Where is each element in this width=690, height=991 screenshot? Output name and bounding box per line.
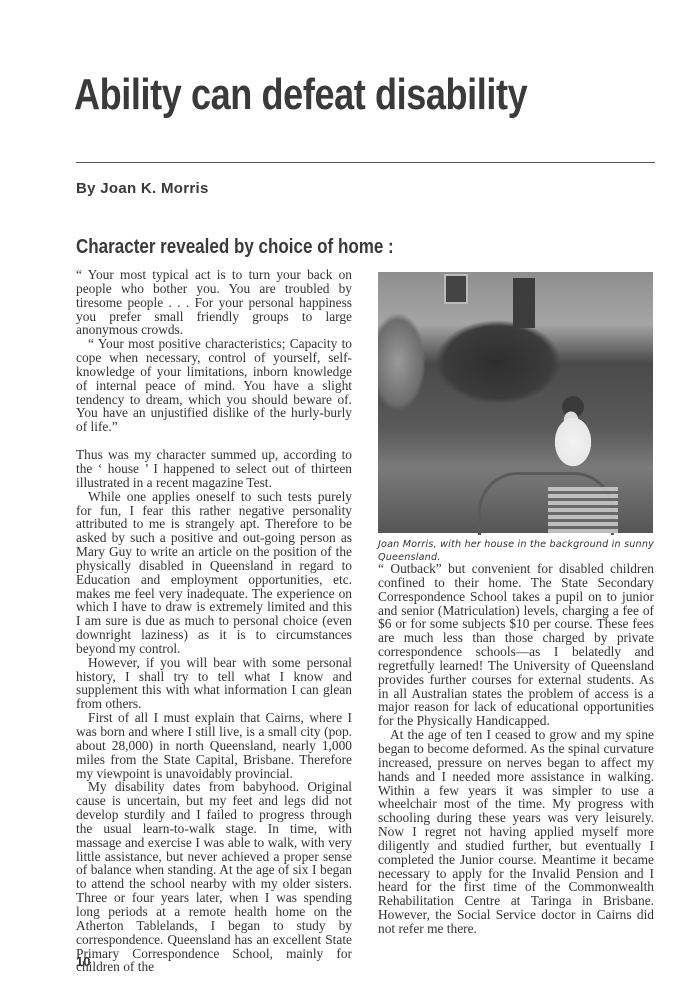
house-door <box>513 278 535 328</box>
quote-paragraph: “ Your most typical act is to turn your … <box>76 268 352 337</box>
right-column: “ Outback” but convenient for disabled c… <box>378 562 654 936</box>
body-paragraph: However, if you will bear with some pers… <box>76 656 352 711</box>
quote-paragraph: “ Your most positive characteristics; Ca… <box>76 337 352 434</box>
body-paragraph: “ Outback” but convenient for disabled c… <box>378 562 654 728</box>
body-paragraph: Thus was my character summed up, accordi… <box>76 448 352 490</box>
byline: By Joan K. Morris <box>76 180 209 197</box>
body-paragraph: At the age of ten I ceased to grow and m… <box>378 728 654 936</box>
checked-blanket <box>548 487 618 533</box>
photo-joan-morris <box>378 272 653 533</box>
page-number: 10 <box>76 954 90 969</box>
title-divider <box>76 162 655 163</box>
body-paragraph: First of all I must explain that Cairns,… <box>76 711 352 780</box>
body-paragraph: My disability dates from babyhood. Origi… <box>76 780 352 974</box>
article-title: Ability can defeat disability <box>74 70 527 120</box>
left-column: “ Your most typical act is to turn your … <box>76 268 352 974</box>
section-heading: Character revealed by choice of home : <box>76 235 394 259</box>
house-window <box>444 274 468 304</box>
body-paragraph: While one applies oneself to such tests … <box>76 490 352 656</box>
